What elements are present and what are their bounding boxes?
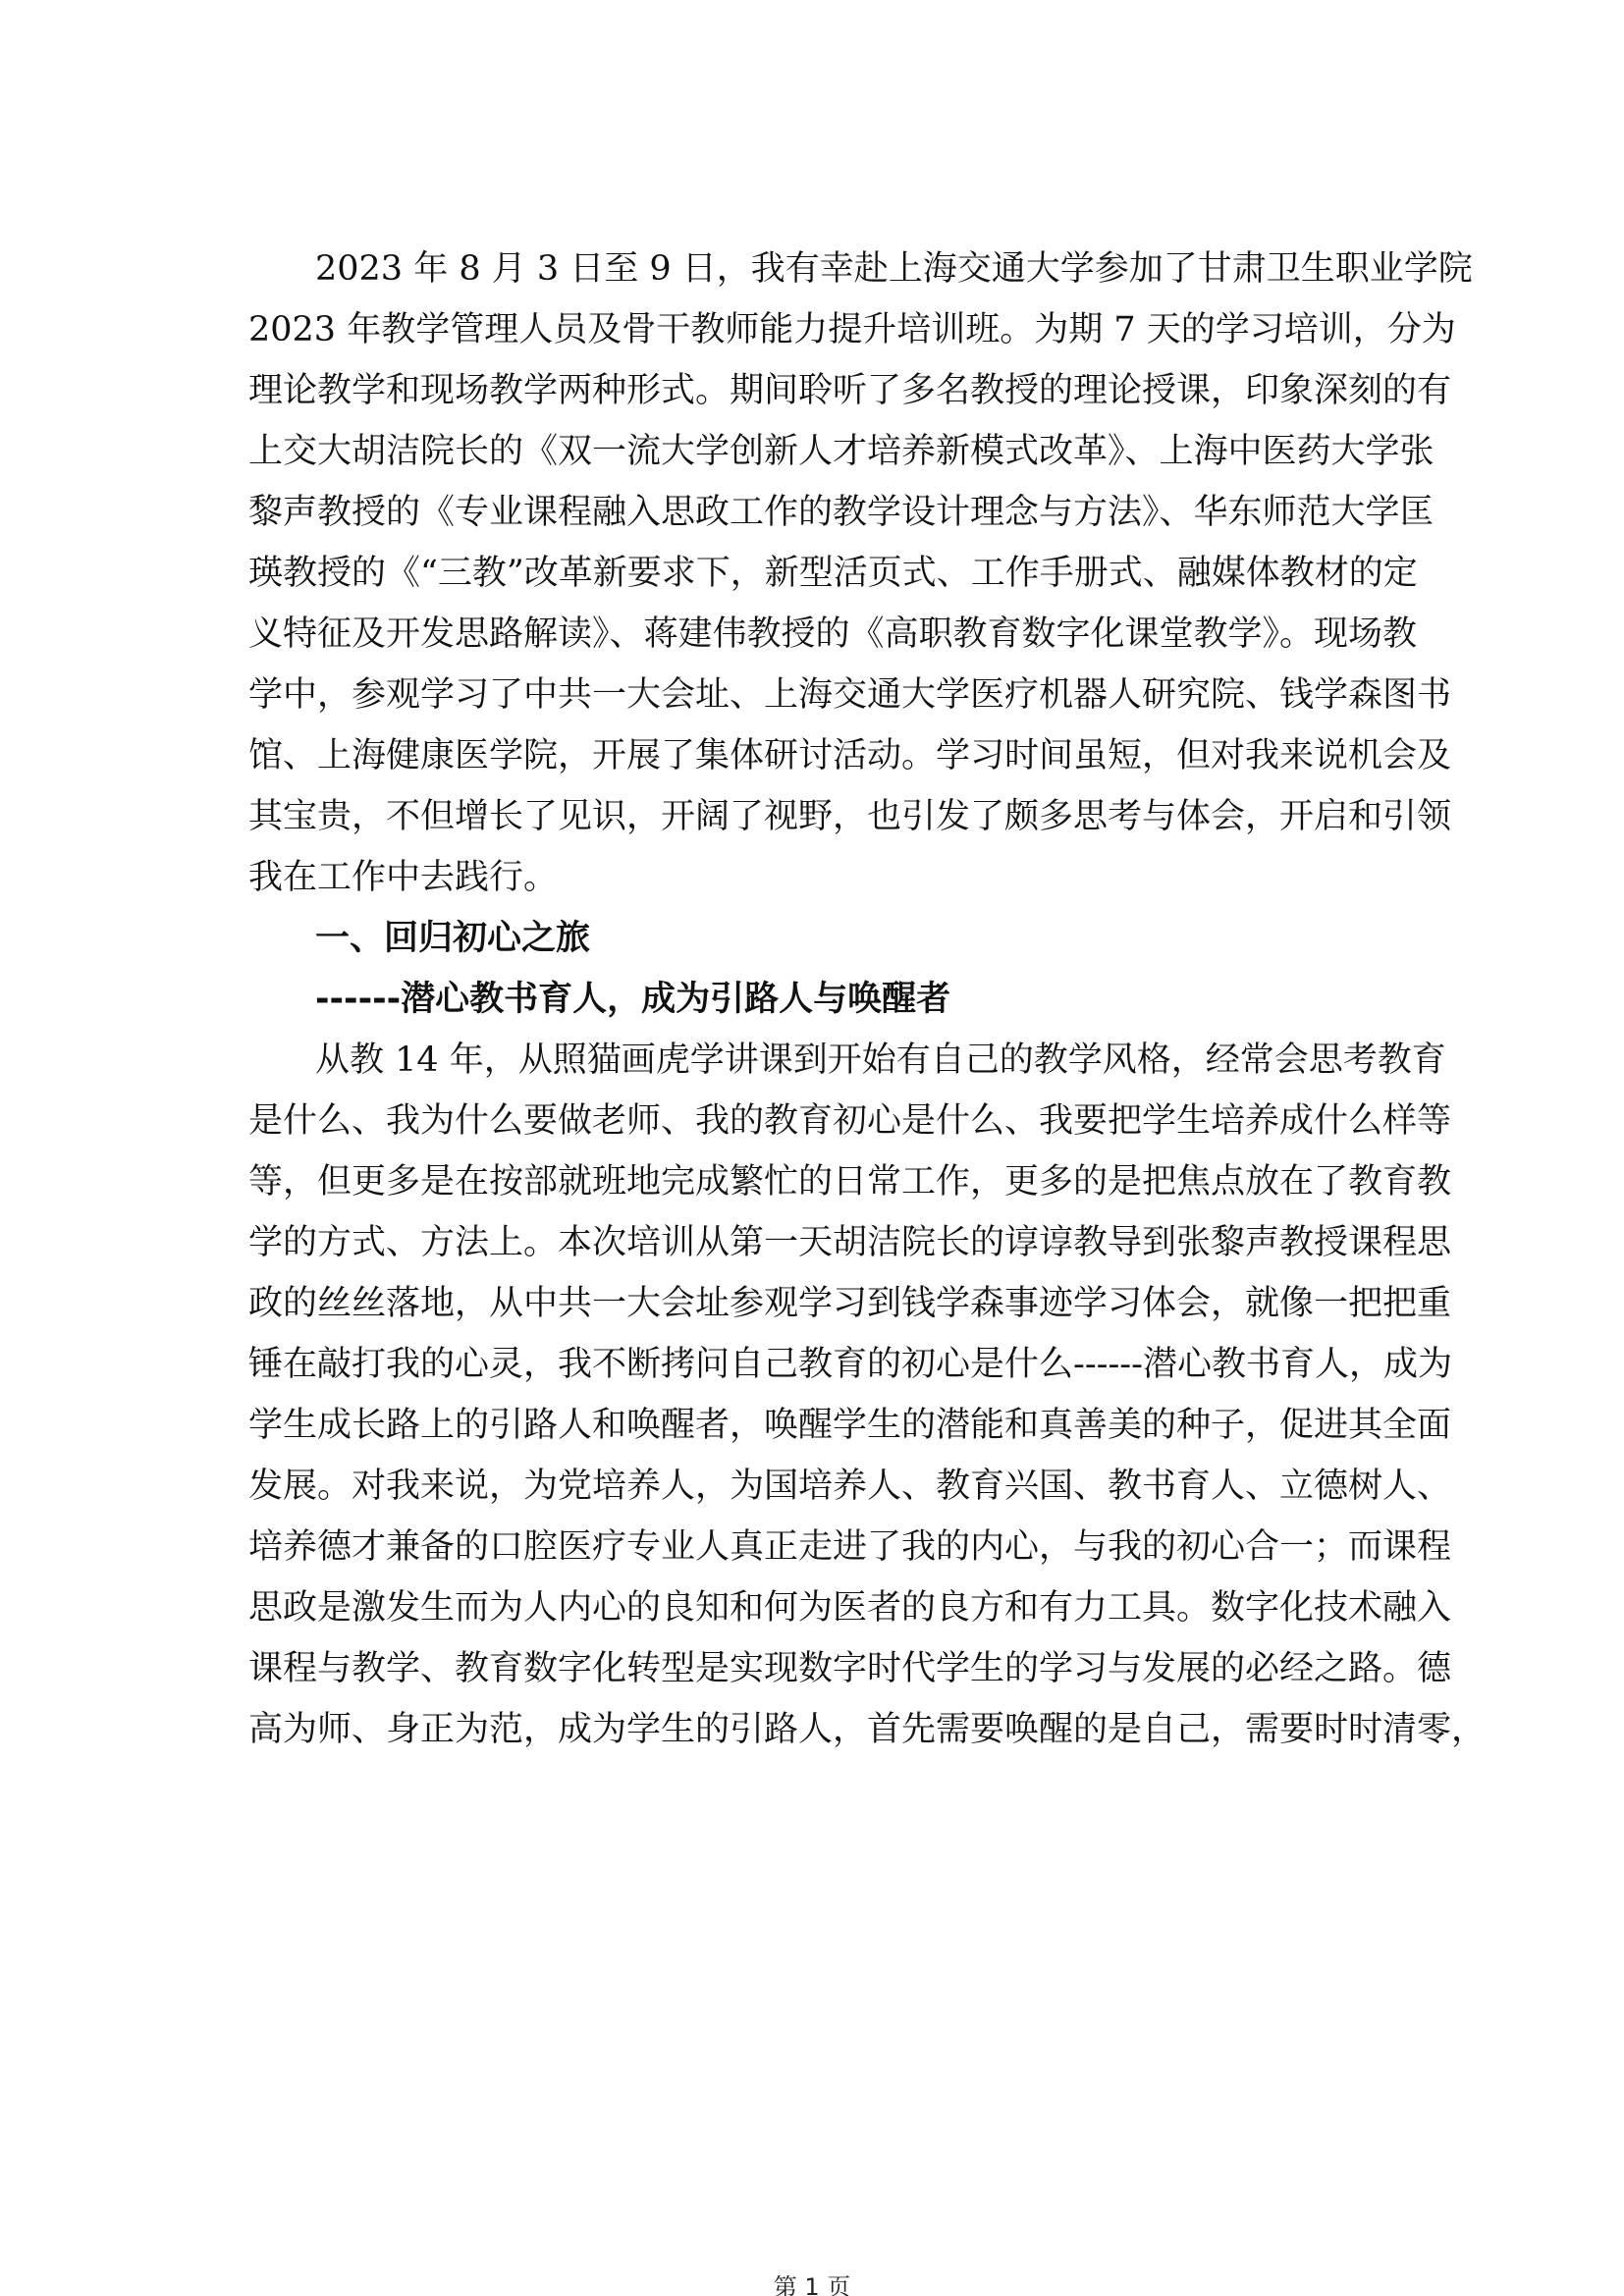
paragraph-line: 学的方式、方法上。本次培训从第一天胡洁院长的谆谆教导到张黎声教授课程思 [248,1212,1378,1273]
paragraph-line: 黎声教授的《专业课程融入思政工作的教学设计理念与方法》、华东师范大学匡 [248,482,1378,543]
paragraph-line: 高为师、身正为范，成为学生的引路人，首先需要唤醒的是自己，需要时时清零， [248,1699,1378,1760]
paragraph-line: 2023 年教学管理人员及骨干教师能力提升培训班。为期 7 天的学习培训，分为 [248,299,1378,360]
paragraph-line: 馆、上海健康医学院，开展了集体研讨活动。学习时间虽短，但对我来说机会及 [248,725,1378,786]
page-number: 第 1 页 [0,2268,1624,2296]
paragraph-line: 等，但更多是在按部就班地完成繁忙的日常工作，更多的是把焦点放在了教育教 [248,1151,1378,1212]
section-heading: 一、回归初心之旅 [248,908,1378,969]
paragraph-line: 理论教学和现场教学两种形式。期间聆听了多名教授的理论授课，印象深刻的有 [248,360,1378,421]
paragraph-line: 是什么、我为什么要做老师、我的教育初心是什么、我要把学生培养成什么样等 [248,1091,1378,1151]
paragraph-line: 学中，参观学习了中共一大会址、上海交通大学医疗机器人研究院、钱学森图书 [248,665,1378,725]
document-body: 2023 年 8 月 3 日至 9 日，我有幸赴上海交通大学参加了甘肃卫生职业学… [248,239,1378,1760]
paragraph-line: 我在工作中去践行。 [248,847,1378,908]
section-subheading: ------潜心教书育人，成为引路人与唤醒者 [248,969,1378,1030]
document-page: 2023 年 8 月 3 日至 9 日，我有幸赴上海交通大学参加了甘肃卫生职业学… [0,0,1624,2296]
paragraph-line: 思政是激发生而为人内心的良知和何为医者的良方和有力工具。数字化技术融入 [248,1577,1378,1638]
paragraph-line: 瑛教授的《“三教”改革新要求下，新型活页式、工作手册式、融媒体教材的定 [248,543,1378,604]
paragraph-line: 锤在敲打我的心灵，我不断拷问自己教育的初心是什么------潜心教书育人，成为 [248,1334,1378,1395]
paragraph-line: 培养德才兼备的口腔医疗专业人真正走进了我的内心，与我的初心合一；而课程 [248,1517,1378,1577]
paragraph-line: 学生成长路上的引路人和唤醒者，唤醒学生的潜能和真善美的种子，促进其全面 [248,1395,1378,1456]
paragraph-line: 课程与教学、教育数字化转型是实现数字时代学生的学习与发展的必经之路。德 [248,1638,1378,1699]
paragraph-line: 义特征及开发思路解读》、蒋建伟教授的《高职教育数字化课堂教学》。现场教 [248,604,1378,665]
paragraph-line: 政的丝丝落地，从中共一大会址参观学习到钱学森事迹学习体会，就像一把把重 [248,1273,1378,1334]
paragraph-line: 发展。对我来说，为党培养人，为国培养人、教育兴国、教书育人、立德树人、 [248,1456,1378,1517]
paragraph-line: 2023 年 8 月 3 日至 9 日，我有幸赴上海交通大学参加了甘肃卫生职业学… [248,239,1378,299]
paragraph-line: 从教 14 年，从照猫画虎学讲课到开始有自己的教学风格，经常会思考教育 [248,1030,1378,1091]
paragraph-line: 其宝贵，不但增长了见识，开阔了视野，也引发了颇多思考与体会，开启和引领 [248,786,1378,847]
paragraph-line: 上交大胡洁院长的《双一流大学创新人才培养新模式改革》、上海中医药大学张 [248,421,1378,482]
